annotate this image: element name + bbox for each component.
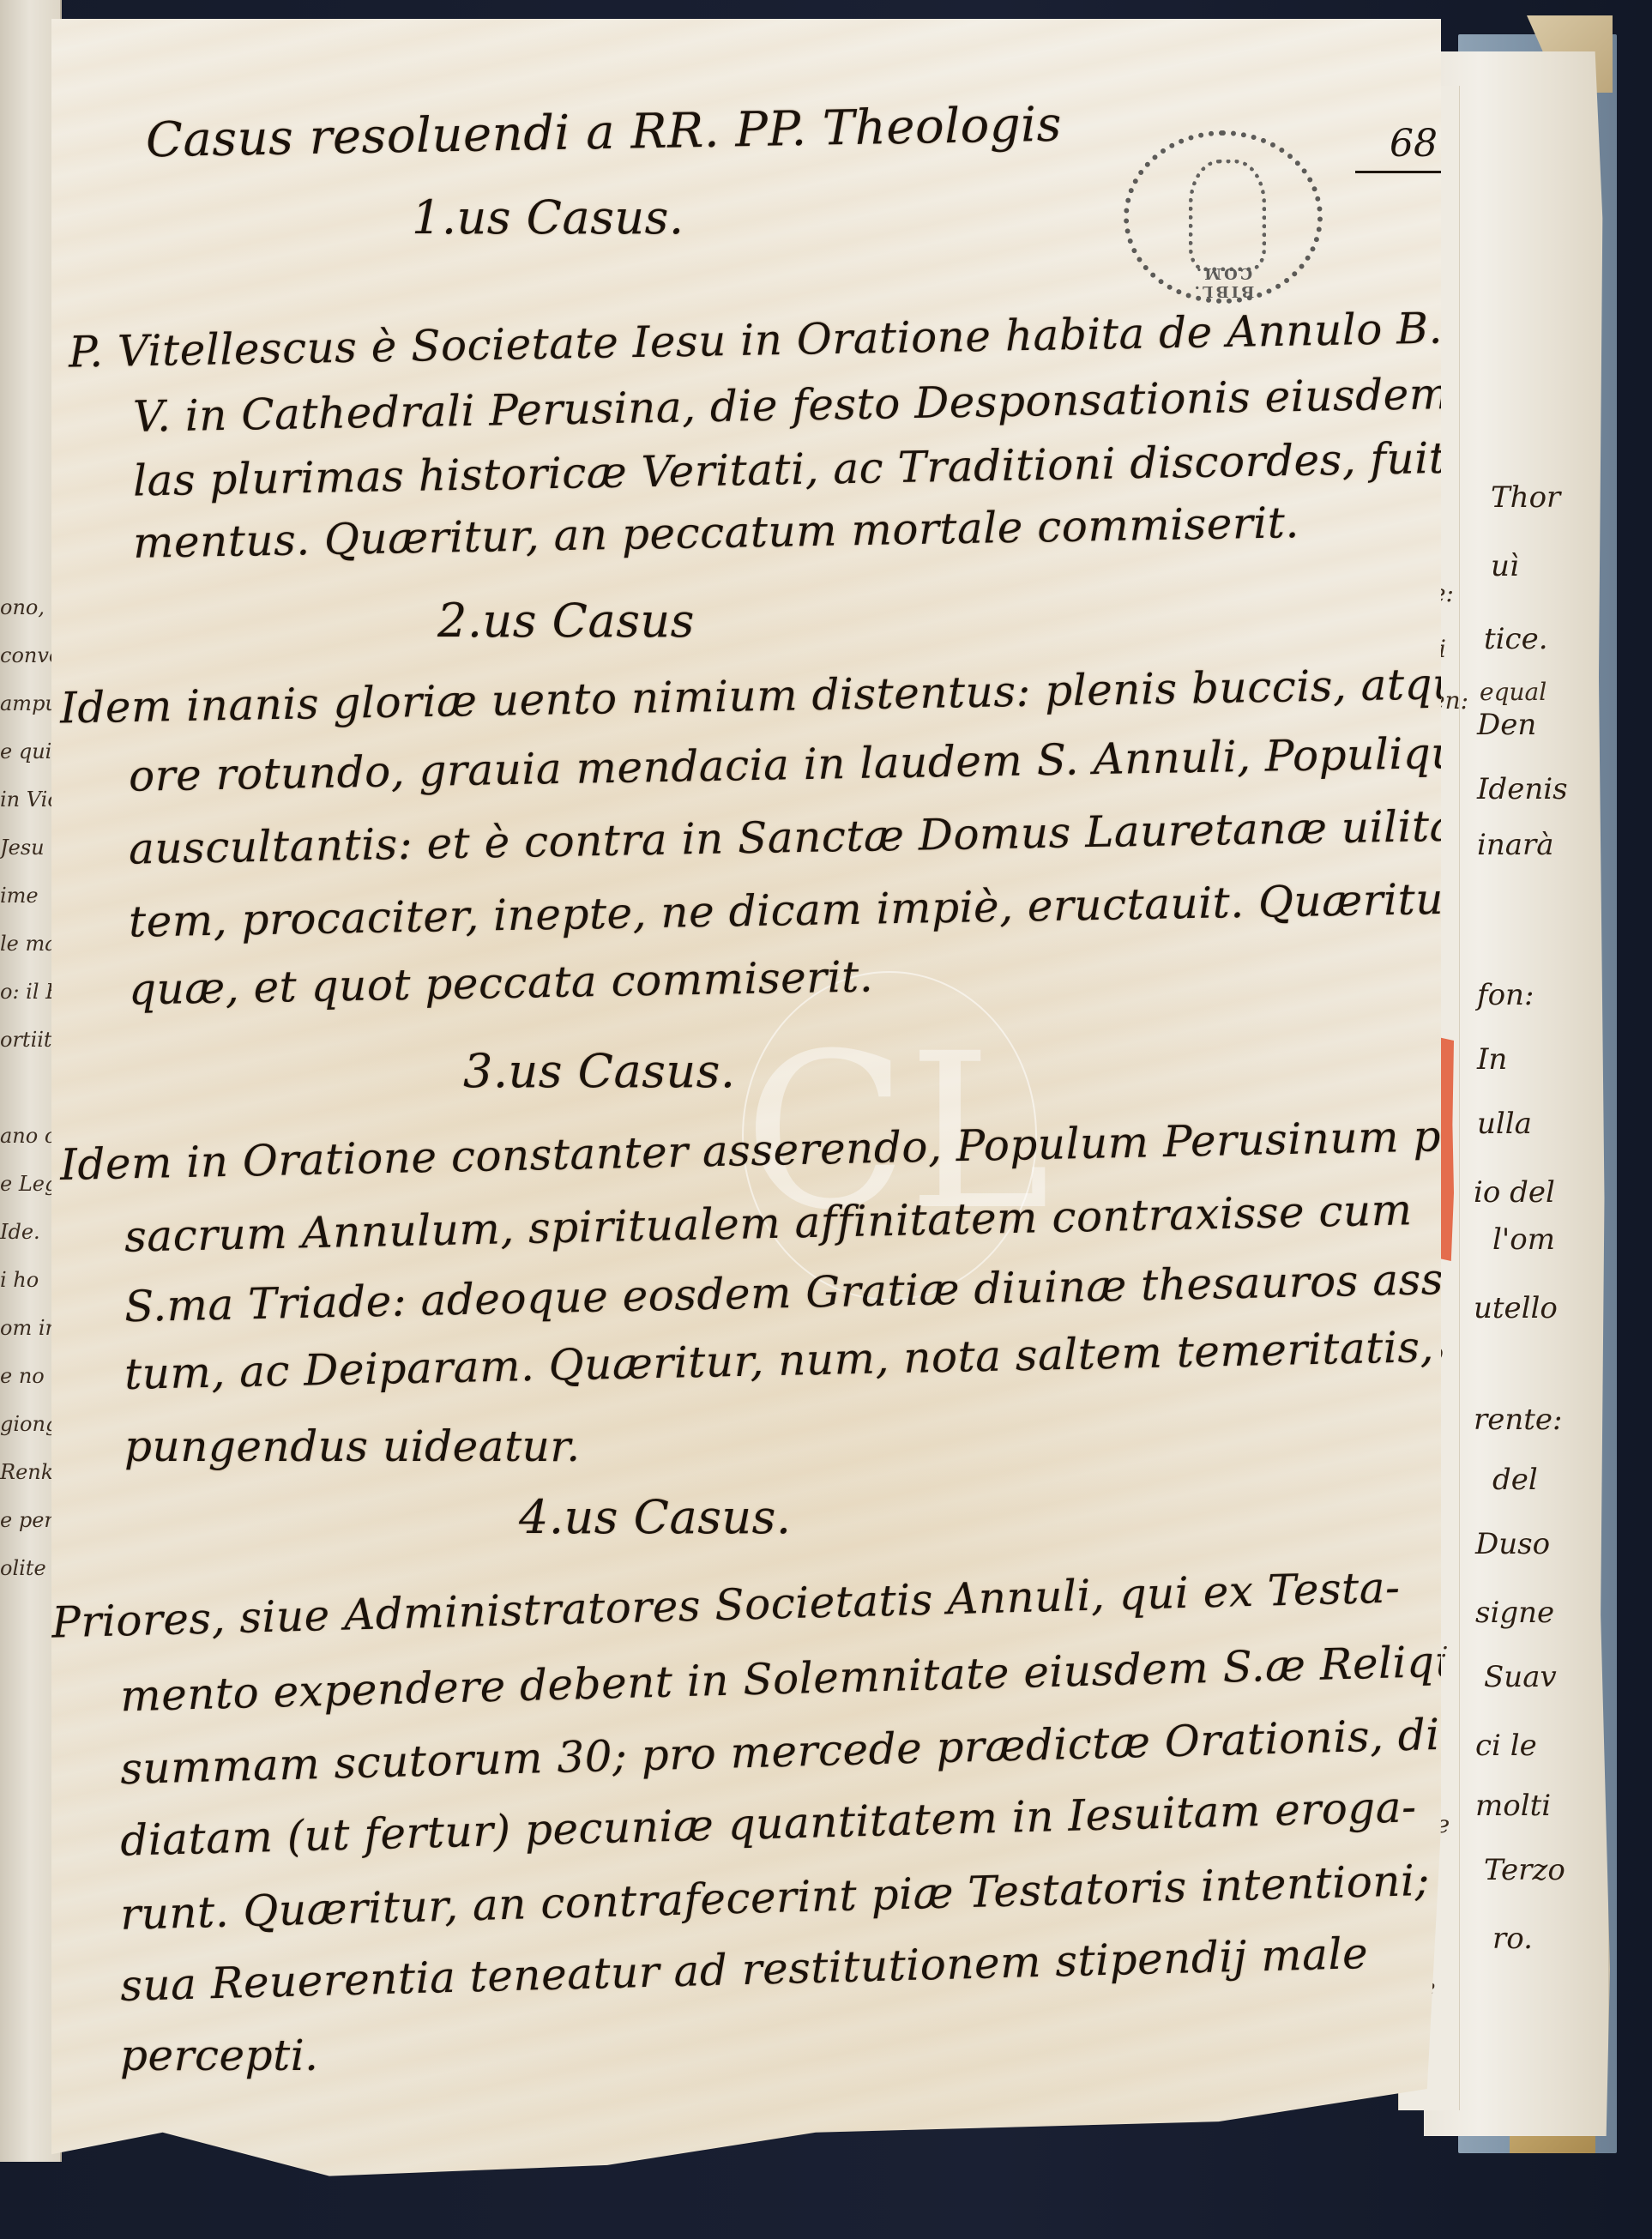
margin-fragment: i ho — [0, 1256, 57, 1304]
margin-fragment: e qui il — [0, 727, 57, 776]
case-3-line: tum, ac Deiparam. Quæritur, num, nota sa… — [124, 1322, 1435, 1399]
case-2-line: Idem inanis gloriæ uento nimium distentu… — [60, 658, 1487, 733]
margin-fragment: Thor — [1491, 480, 1560, 515]
stamp-emblem-icon — [1189, 160, 1266, 271]
margin-fragment: ono, e Con — [0, 583, 57, 631]
margin-fragment: signe — [1475, 1596, 1554, 1630]
margin-fragment: ampue h — [0, 679, 57, 727]
margin-fragment: le mani — [0, 920, 57, 968]
margin-fragment: ime — [0, 872, 57, 920]
margin-fragment: conveniente — [0, 631, 57, 679]
margin-fragment: o: il El — [0, 968, 57, 1016]
margin-fragment: olite — [0, 1544, 57, 1592]
case-4-line: Priores, siue Administratores Societatis… — [51, 1562, 1402, 1647]
margin-fragment: e no — [0, 1352, 57, 1400]
margin-fragment: inarà — [1477, 828, 1554, 862]
case-2-line: tem, procaciter, inepte, ne dicam impiè,… — [129, 873, 1474, 946]
library-stamp: BIBL. COM. — [1124, 130, 1323, 304]
margin-fragment: tice. — [1484, 622, 1548, 656]
margin-fragment: ulla — [1477, 1107, 1532, 1141]
folio-number: 68 — [1355, 122, 1446, 173]
case-1-line: P. Vitellescus è Societate Iesu in Orati… — [69, 302, 1502, 377]
margin-fragment: gionge — [0, 1400, 57, 1448]
margin-fragment: Suav — [1484, 1660, 1557, 1694]
case-2-line: quæ, et quot peccata commiserit. — [129, 951, 874, 1014]
margin-fragment: Idenis — [1477, 772, 1568, 806]
margin-fragment: fon: — [1477, 978, 1534, 1012]
margin-fragment: Ide. — [0, 1208, 57, 1256]
margin-fragment: molti — [1475, 1789, 1551, 1823]
case-4-line: sua Reuerentia teneatur ad restitutionem… — [119, 1928, 1368, 2011]
case-1-line: V. in Cathedrali Perusina, die festo Des… — [133, 366, 1593, 442]
margin-fragment: in Vici — [0, 776, 57, 824]
margin-fragment: ano co — [0, 1112, 57, 1160]
case-4-line: diatam (ut fertur) pecuniæ quantitatem i… — [119, 1782, 1417, 1866]
case-3-line: pungendus uideatur. — [124, 1421, 581, 1471]
manuscript-page: BIBL. COM. 68 CL Casus resoluendi a RR. … — [51, 19, 1441, 2198]
margin-fragment: Jesu — [0, 824, 57, 872]
left-leaf-text: ono, e Con conveniente ampue h e qui il … — [0, 583, 57, 1592]
margin-fragment: e per — [0, 1496, 57, 1544]
case-2-line: auscultantis: et è contra in Sanctæ Domu… — [129, 800, 1471, 873]
margin-fragment: ro. — [1492, 1922, 1533, 1956]
margin-fragment: om ing — [0, 1304, 57, 1352]
margin-fragment: Terzo — [1484, 1853, 1565, 1887]
case-4-line: summam scutorum 30; pro mercede prædictæ… — [120, 1708, 1511, 1794]
margin-fragment: del — [1492, 1463, 1538, 1497]
case-2-heading: 2.us Casus — [437, 594, 695, 648]
case-1-line: las plurimas historicæ Veritati, ac Trad… — [133, 431, 1568, 505]
case-4-line: mento expendere debent in Solemnitate ei… — [120, 1635, 1518, 1722]
margin-fragment: rente: — [1474, 1403, 1563, 1437]
stamp-text: BIBL. COM. — [1163, 264, 1283, 300]
margin-fragment: ortiit — [0, 1016, 57, 1064]
margin-fragment: Renke — [0, 1448, 57, 1496]
margin-fragment: utello — [1474, 1291, 1558, 1325]
margin-fragment: io del — [1474, 1175, 1555, 1210]
case-4-line: runt. Quæritur, an contrafecerint piæ Te… — [120, 1854, 1488, 1940]
case-1-line: mentus. Quæritur, an peccatum mortale co… — [133, 498, 1300, 568]
margin-fragment: uì — [1491, 549, 1519, 583]
case-4-line: percepti. — [120, 2031, 319, 2080]
case-4-heading: 4.us Casus. — [519, 1490, 792, 1544]
case-2-line: ore rotundo, grauia mendacia in laudem S… — [129, 727, 1486, 801]
margin-fragment: e Legi — [0, 1160, 57, 1208]
document-title: Casus resoluendi a RR. PP. Theologis — [146, 97, 1063, 169]
margin-fragment: l'om — [1492, 1222, 1555, 1257]
margin-fragment: Den — [1477, 708, 1536, 742]
margin-fragment: equal — [1480, 678, 1546, 706]
case-1-heading: 1.us Casus. — [412, 190, 684, 244]
case-3-heading: 3.us Casus. — [463, 1044, 736, 1098]
margin-fragment: Duso — [1475, 1527, 1550, 1561]
margin-fragment: ci le — [1475, 1729, 1537, 1763]
margin-fragment: In — [1477, 1042, 1507, 1077]
